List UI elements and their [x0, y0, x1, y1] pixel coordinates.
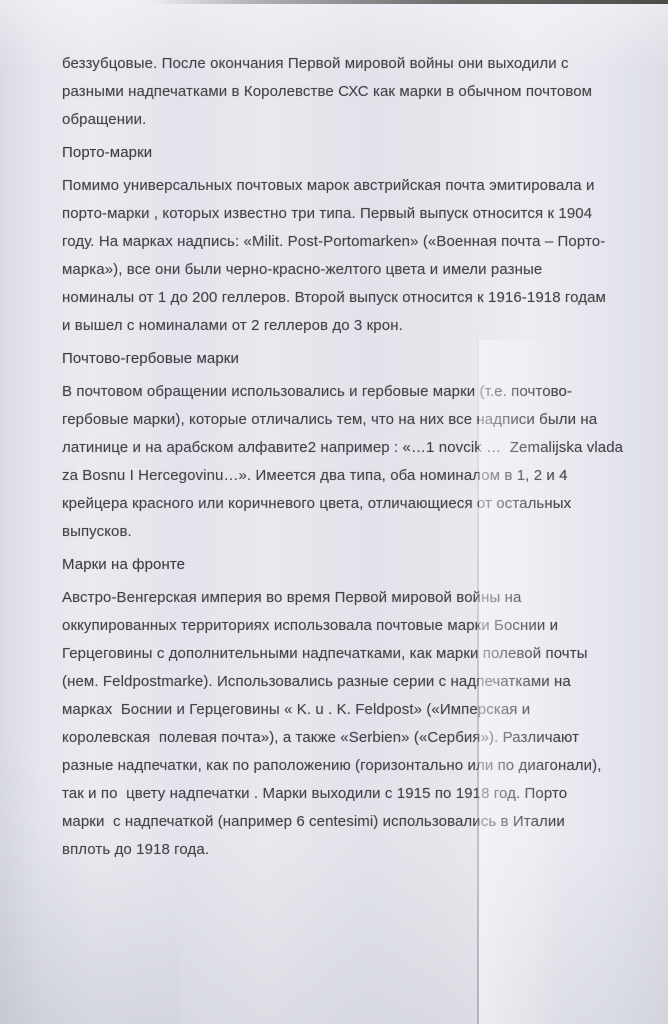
paragraph-postal-armorial-marks: В почтовом обращении использовались и ге…: [62, 378, 658, 546]
page-text-block: беззубцовые. После окончания Первой миро…: [0, 0, 668, 869]
heading-porto-marks: Порто-марки: [62, 139, 658, 167]
heading-postal-armorial-marks: Почтово-гербовые марки: [62, 345, 658, 373]
paragraph-porto-marks: Помимо универсальных почтовых марок авст…: [62, 172, 658, 340]
paper-fold-highlight: [479, 340, 559, 1024]
heading-marks-at-the-front: Марки на фронте: [62, 551, 658, 579]
paragraph-marks-at-the-front: Австро-Венгерская империя во время Перво…: [62, 584, 658, 864]
document-photo: беззубцовые. После окончания Первой миро…: [0, 0, 668, 1024]
continuation-paragraph: беззубцовые. После окончания Первой миро…: [62, 50, 658, 134]
